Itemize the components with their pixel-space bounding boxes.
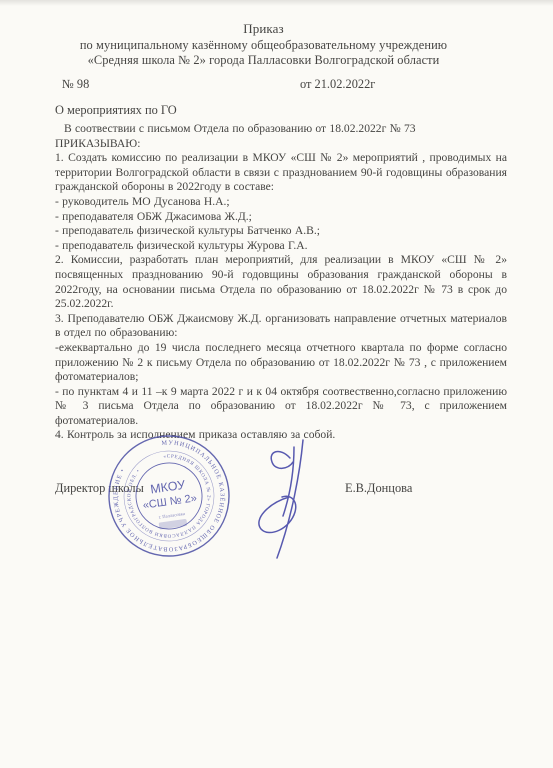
school-stamp: МУНИЦИПАЛЬНОЕ КАЗЁННОЕ ОБЩЕОБРАЗОВАТЕЛЬН…	[106, 433, 232, 559]
committee-member-2: - преподавателя ОБЖ Джасимова Ж.Д.;	[55, 210, 507, 225]
org-name-line2: «Средняя школа № 2» города Палласовки Во…	[0, 53, 527, 68]
org-name-line1: по муниципальному казённому общеобразова…	[0, 38, 527, 53]
committee-member-4: - преподаватель физической культуры Журо…	[55, 239, 507, 254]
order-number: № 98	[62, 77, 89, 92]
order-item-1: 1. Создать комиссию по реализации в МКОУ…	[55, 151, 507, 195]
handwritten-signature	[247, 437, 317, 562]
committee-member-1: - руководитель МО Дусанова Н.А.;	[55, 195, 507, 210]
stamp-smudge	[159, 519, 188, 530]
stamp-bottom-text: г. Палласовка	[158, 511, 185, 520]
signature-top-hook	[271, 451, 293, 468]
committee-member-3: - преподаватель физической культуры Батч…	[55, 224, 507, 239]
order-item-2: 2. Комиссии, разработать план мероприяти…	[55, 253, 507, 311]
order-subitem-quarterly: -ежеквартально до 19 числа последнего ме…	[55, 341, 507, 385]
document-page: Приказ по муниципальному казённому общео…	[0, 0, 553, 768]
signatory-name: Е.В.Донцова	[345, 481, 412, 496]
scan-edge-artifact	[0, 0, 553, 6]
order-body: В соотвествии с письмом Отдела по образо…	[55, 122, 507, 443]
order-subitem-dates: - по пунктам 4 и 11 –к 9 марта 2022 г и …	[55, 385, 507, 429]
order-date: от 21.02.2022г	[300, 77, 375, 92]
order-item-3: 3. Преподавателю ОБЖ Джаисмову Ж.Д. орга…	[55, 312, 507, 341]
document-title: Приказ	[0, 21, 527, 36]
intro-paragraph: В соотвествии с письмом Отдела по образо…	[55, 122, 507, 137]
subject-line: О мероприятиях по ГО	[55, 103, 177, 118]
decree-word: ПРИКАЗЫВАЮ:	[55, 137, 507, 152]
